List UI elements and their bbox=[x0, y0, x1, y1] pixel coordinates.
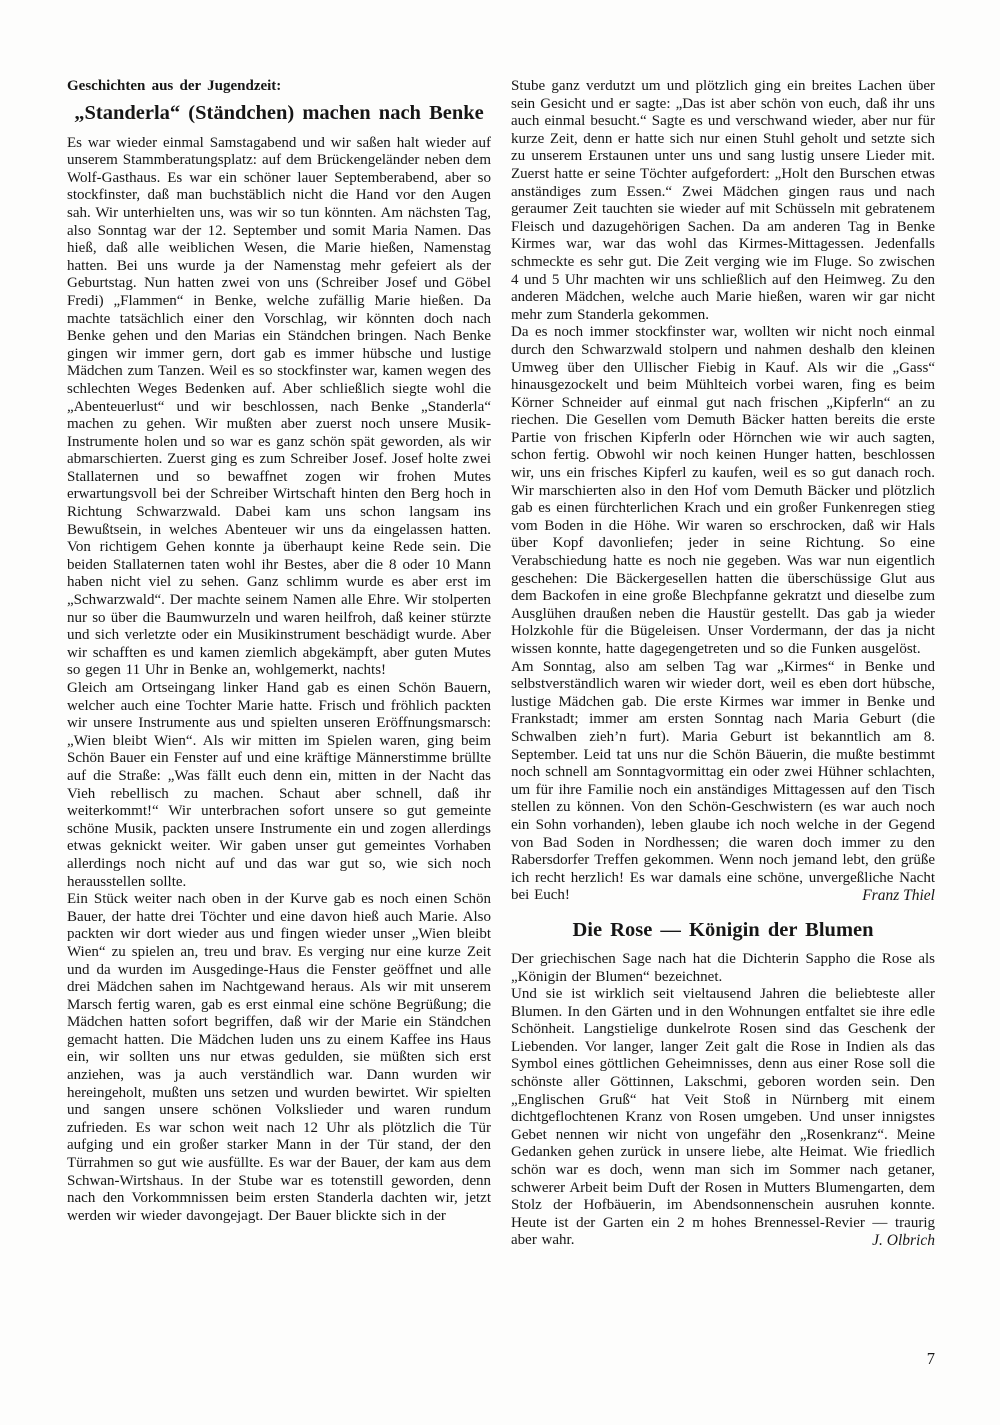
page-number: 7 bbox=[927, 1349, 935, 1369]
article-paragraph: Da es noch immer stockfinster war, wollt… bbox=[511, 324, 935, 658]
article-paragraph: Ein Stück weiter nach oben in der Kurve … bbox=[67, 891, 491, 1225]
author-signature-thiel: Franz Thiel bbox=[511, 887, 935, 905]
article-paragraph: Der griechischen Sage nach hat die Dicht… bbox=[511, 951, 935, 986]
author-signature-olbrich: J. Olbrich bbox=[511, 1232, 935, 1250]
article-paragraph: Und sie ist wirklich seit vieltausend Ja… bbox=[511, 986, 935, 1250]
magazine-page: Geschichten aus der Jugendzeit: „Stander… bbox=[0, 0, 1000, 1425]
article-title-rose: Die Rose — Königin der Blumen bbox=[511, 919, 935, 942]
article-paragraph: Es war wieder einmal Samstagabend und wi… bbox=[67, 135, 491, 680]
left-column: Geschichten aus der Jugendzeit: „Stander… bbox=[67, 78, 491, 1225]
article-paragraph-continuation: Stube ganz verdutzt um und plötzlich gin… bbox=[511, 78, 935, 324]
article-title-standerla: „Standerla“ (Ständchen) machen nach Benk… bbox=[67, 102, 491, 125]
section-kicker: Geschichten aus der Jugendzeit: bbox=[67, 78, 491, 96]
right-column: Stube ganz verdutzt um und plötzlich gin… bbox=[511, 78, 935, 1250]
article-paragraph: Gleich am Ortseingang linker Hand gab es… bbox=[67, 680, 491, 891]
article-paragraph: Am Sonntag, also am selben Tag war „Kirm… bbox=[511, 659, 935, 905]
